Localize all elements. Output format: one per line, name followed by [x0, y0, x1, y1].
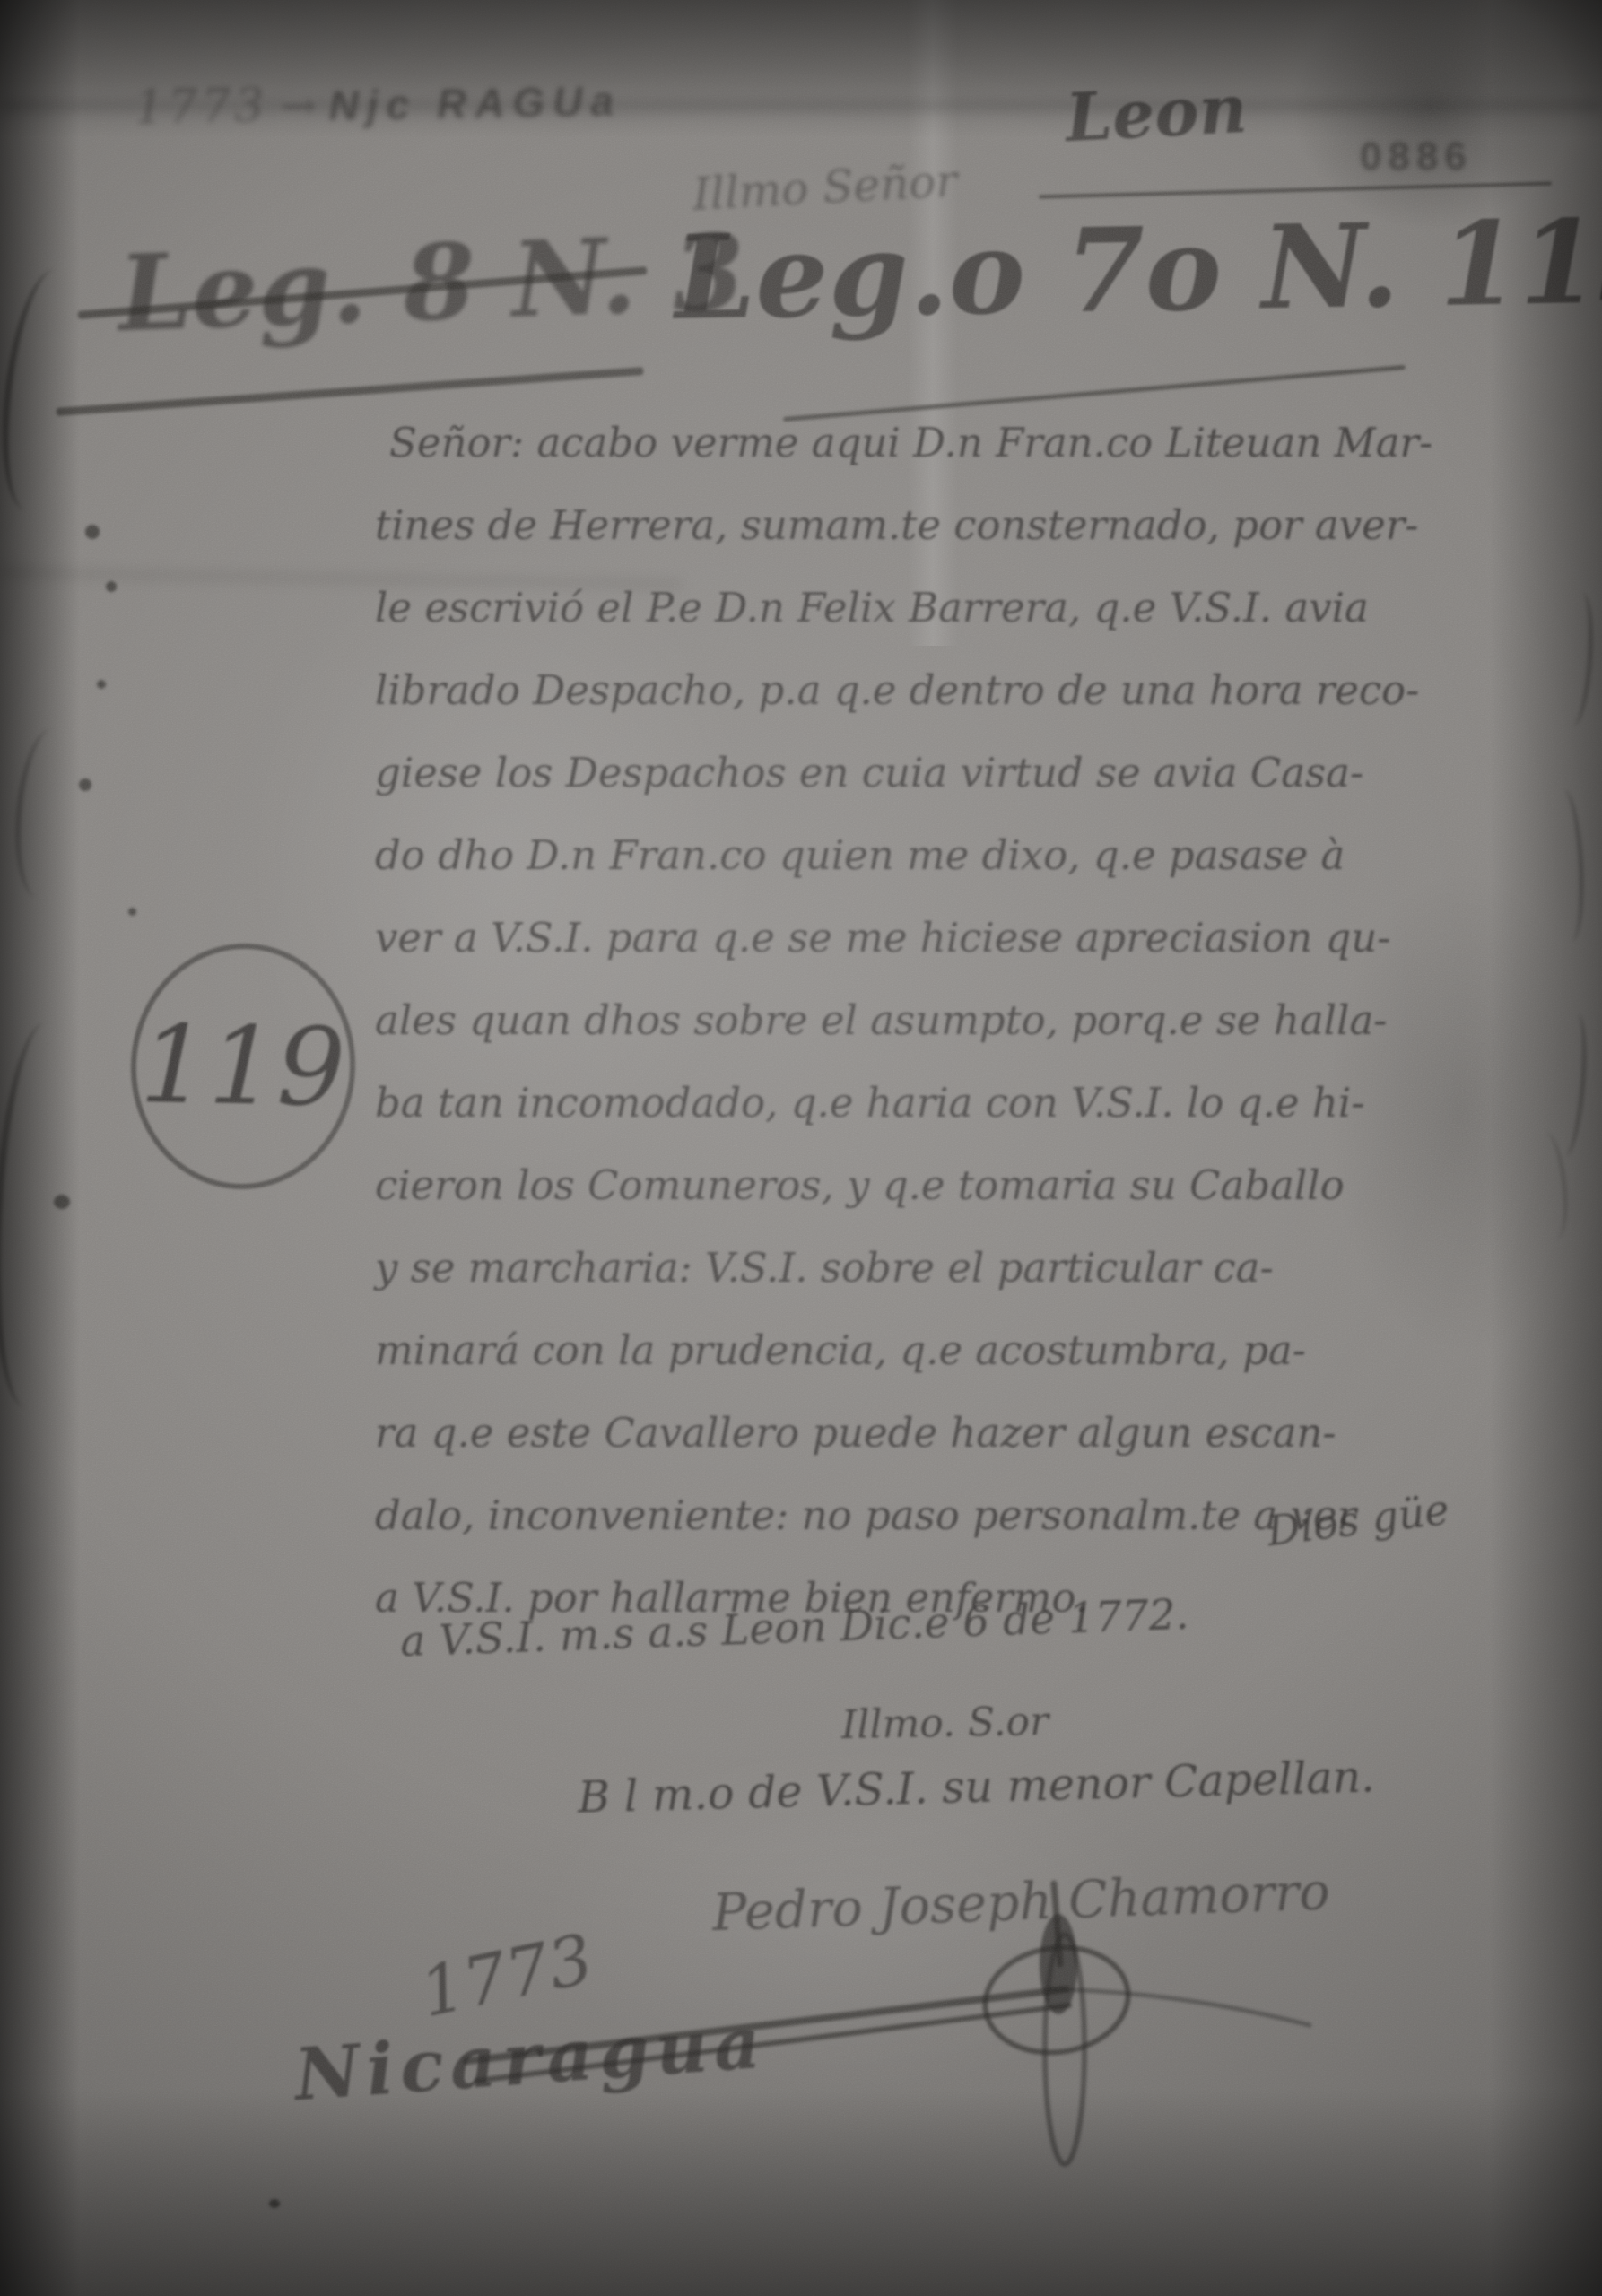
closing-formula: B l m.o de V.S.I. su menor Capellan. [577, 1751, 1375, 1822]
binding-mark [0, 265, 91, 515]
legajo-heading: Leg.o 7o N. 113 [674, 194, 1602, 346]
body-line: ales quan dhos sobre el asumpto, porq.e … [375, 979, 1550, 1062]
archive-year: 1773 [135, 79, 268, 135]
body-line: minará con la prudencia, q.e acostumbra,… [375, 1309, 1550, 1392]
closing-salutation: Illmo. S.or [841, 1699, 1049, 1748]
arrow-mark: → [267, 81, 329, 132]
place-underline [1039, 182, 1552, 199]
body-line: y se marcharia: V.S.I. sobre el particul… [375, 1227, 1550, 1309]
place-annotation: Leon [1064, 71, 1249, 157]
ink-spot [54, 1195, 70, 1209]
bleedthrough-mark [1548, 788, 1588, 943]
bleedthrough-mark [1558, 591, 1597, 727]
archive-stamp: Njc RAGUa [328, 77, 622, 129]
manuscript-page: 1773→Njc RAGUa Leon 0886 Illmo Señor Leg… [0, 0, 1602, 2296]
binding-mark [0, 1021, 87, 1410]
bleedthrough-mark [1551, 1013, 1591, 1158]
ink-spot [269, 2199, 280, 2208]
body-line: ba tan incomodado, q.e haria con V.S.I. … [375, 1062, 1550, 1144]
margin-number-circle: 119 [123, 936, 364, 1197]
body-line: cieron los Comuneros, y q.e tomaria su C… [375, 1144, 1550, 1227]
binding-mark [9, 726, 83, 900]
folio-number-stamp: 0886 [1360, 135, 1473, 179]
ink-spot [85, 525, 100, 539]
letter-body: Señor: acabo verme aqui D.n Fran.co Lite… [375, 402, 1550, 1639]
body-line: do dho D.n Fran.co quien me dixo, q.e pa… [375, 814, 1550, 897]
body-line: giese los Despachos en cuia virtud se av… [375, 732, 1550, 814]
body-line: tines de Herrera, sumam.te consternado, … [375, 484, 1550, 567]
body-line: le escrivió el P.e D.n Felix Barrera, q.… [375, 567, 1550, 649]
archive-annotation-row: 1773→Njc RAGUa [135, 73, 623, 135]
body-line: librado Despacho, p.a q.e dentro de una … [375, 649, 1550, 732]
body-line: ver a V.S.I. para q.e se me hiciese apre… [375, 897, 1550, 979]
margin-number: 119 [139, 1003, 346, 1131]
body-line: ra q.e este Cavallero puede hazer algun … [375, 1392, 1550, 1474]
ink-spot [97, 680, 106, 689]
ink-spot [79, 778, 91, 791]
ink-spot [106, 581, 117, 592]
ink-spot [128, 908, 136, 916]
body-line: Señor: acabo verme aqui D.n Fran.co Lite… [375, 402, 1550, 484]
